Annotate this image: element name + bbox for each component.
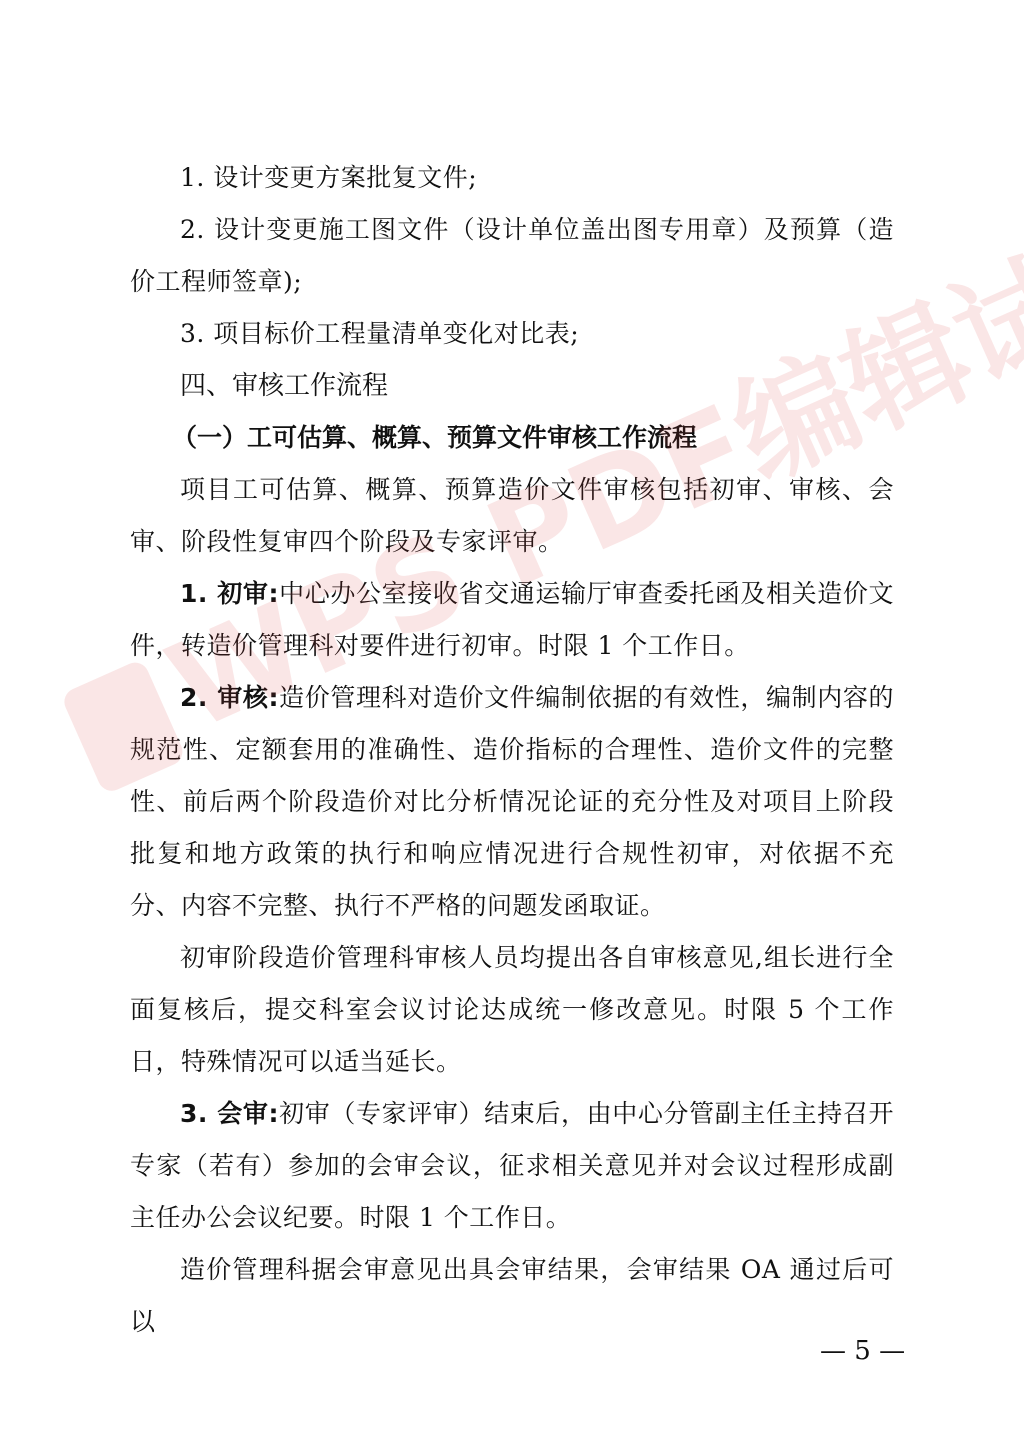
step-label: 3. 会审:	[180, 1099, 279, 1128]
document-body: 1. 设计变更方案批复文件; 2. 设计变更施工图文件（设计单位盖出图专用章）及…	[130, 152, 894, 1348]
review-paragraph: 初审阶段造价管理科审核人员均提出各自审核意见,组长进行全面复核后，提交科室会议讨…	[130, 932, 894, 1088]
final-paragraph: 造价管理科据会审意见出具会审结果，会审结果 OA 通过后可以	[130, 1244, 894, 1348]
step-audit: 2. 审核:造价管理科对造价文件编制依据的有效性，编制内容的规范性、定额套用的准…	[130, 672, 894, 932]
step-initial-review: 1. 初审:中心办公室接收省交通运输厅审查委托函及相关造价文件，转造价管理科对要…	[130, 568, 894, 672]
document-page: 1. 设计变更方案批复文件; 2. 设计变更施工图文件（设计单位盖出图专用章）及…	[0, 0, 1024, 1446]
list-item: 2. 设计变更施工图文件（设计单位盖出图专用章）及预算（造价工程师签章);	[130, 204, 894, 308]
section-heading: 四、审核工作流程	[130, 360, 894, 412]
step-joint-review: 3. 会审:初审（专家评审）结束后，由中心分管副主任主持召开专家（若有）参加的会…	[130, 1088, 894, 1244]
intro-paragraph: 项目工可估算、概算、预算造价文件审核包括初审、审核、会审、阶段性复审四个阶段及专…	[130, 464, 894, 568]
step-label: 1. 初审:	[180, 579, 279, 608]
list-item: 3. 项目标价工程量清单变化对比表;	[130, 308, 894, 360]
page-number: — 5 —	[820, 1336, 905, 1366]
step-label: 2. 审核:	[180, 683, 279, 712]
list-item: 1. 设计变更方案批复文件;	[130, 152, 894, 204]
subsection-heading: （一）工可估算、概算、预算文件审核工作流程	[130, 412, 894, 464]
step-text: 造价管理科对造价文件编制依据的有效性，编制内容的规范性、定额套用的准确性、造价指…	[130, 683, 894, 920]
